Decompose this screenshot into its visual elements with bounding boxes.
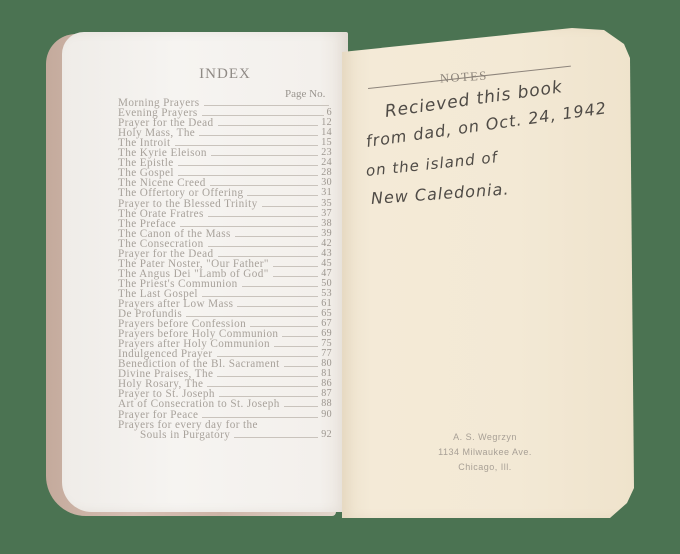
dot-leader xyxy=(237,306,318,307)
index-list: Morning PrayersEvening Prayers6Prayer fo… xyxy=(118,98,332,440)
dot-leader xyxy=(247,195,318,196)
dot-leader xyxy=(250,326,318,327)
dot-leader xyxy=(284,366,319,367)
dot-leader xyxy=(178,175,318,176)
dot-leader xyxy=(186,316,318,317)
dot-leader xyxy=(217,356,319,357)
dot-leader xyxy=(204,105,329,106)
index-entry-page: 90 xyxy=(321,410,332,420)
dot-leader xyxy=(207,386,318,387)
dot-leader xyxy=(262,206,319,207)
dot-leader xyxy=(178,165,319,166)
dot-leader xyxy=(274,346,318,347)
index-entry: Souls in Purgatory92 xyxy=(118,430,332,440)
index-entry-label: Souls in Purgatory xyxy=(118,430,230,440)
dot-leader xyxy=(273,266,318,267)
index-entry-page: 88 xyxy=(321,399,332,409)
index-entry-label: The Offertory or Offering xyxy=(118,188,243,198)
dot-leader xyxy=(199,135,318,136)
dot-leader xyxy=(202,296,318,297)
open-book-photo: INDEX Page No. Morning PrayersEvening Pr… xyxy=(0,0,680,554)
dot-leader xyxy=(282,336,318,337)
dot-leader xyxy=(218,256,319,257)
index-entry: Prayer to the Blessed Trinity35 xyxy=(118,198,332,208)
index-entry: The Offertory or Offering31 xyxy=(118,188,332,198)
dot-leader xyxy=(208,216,318,217)
index-title: INDEX xyxy=(110,66,340,83)
index-entry-page: 31 xyxy=(321,188,332,198)
dot-leader xyxy=(284,406,318,407)
dot-leader xyxy=(211,155,318,156)
dot-leader xyxy=(234,437,318,438)
dot-leader xyxy=(242,286,319,287)
dot-leader xyxy=(210,185,318,186)
index-entry-label: Prayer for Peace xyxy=(118,410,198,420)
index-entry-page: 92 xyxy=(321,430,332,440)
dot-leader xyxy=(235,236,318,237)
dot-leader xyxy=(202,417,318,418)
index-entry-label: Art of Consecration to St. Joseph xyxy=(118,399,280,409)
index-entry: Prayer for Peace90 xyxy=(118,409,332,419)
publisher-stamp-name: A. S. Wegrzyn xyxy=(410,432,560,442)
dot-leader xyxy=(208,246,319,247)
dot-leader xyxy=(219,396,318,397)
publisher-stamp-address: 1134 Milwaukee Ave. xyxy=(410,447,560,457)
dot-leader xyxy=(175,145,319,146)
dot-leader xyxy=(218,125,319,126)
dot-leader xyxy=(217,376,318,377)
dot-leader xyxy=(273,276,318,277)
index-entry: Art of Consecration to St. Joseph88 xyxy=(118,399,332,409)
publisher-stamp-city: Chicago, Ill. xyxy=(410,462,560,472)
dot-leader xyxy=(202,115,324,116)
dot-leader xyxy=(180,226,318,227)
